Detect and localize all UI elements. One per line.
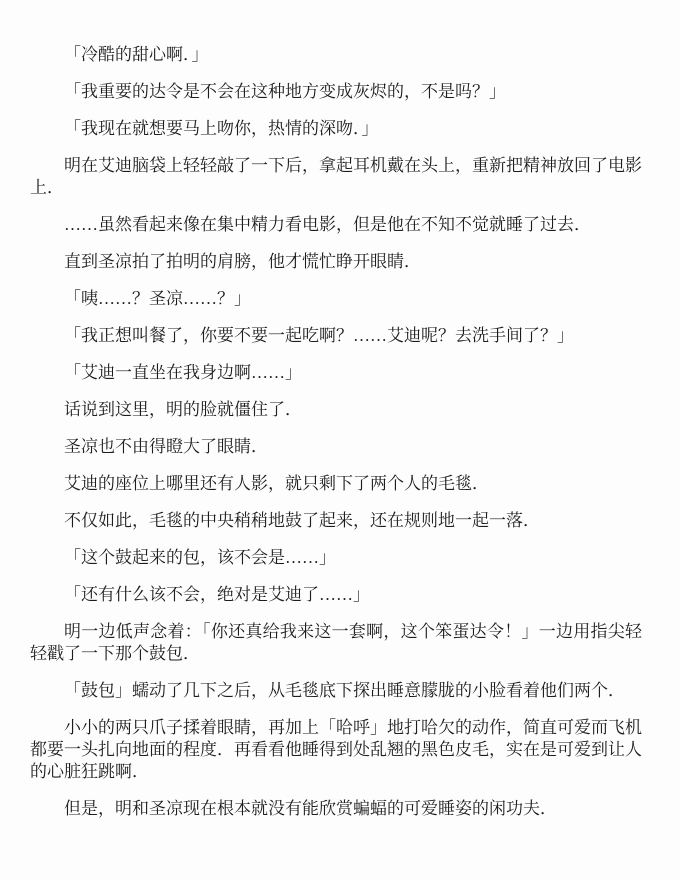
paragraph: 不仅如此，毛毯的中央稍稍地鼓了起来，还在规则地一起一落． (30, 510, 642, 532)
paragraph: 圣凉也不由得瞪大了眼睛． (30, 436, 642, 458)
paragraph: 话说到这里，明的脸就僵住了． (30, 399, 642, 421)
paragraph: 明一边低声念着：「你还真给我来这一套啊，这个笨蛋达令！」一边用指尖轻轻戳了一下那… (30, 621, 642, 665)
paragraph: 明在艾迪脑袋上轻轻敲了一下后，拿起耳机戴在头上，重新把精神放回了电影上． (30, 155, 642, 199)
paragraph: 「艾迪一直坐在我身边啊……」 (30, 362, 642, 384)
paragraph: 艾迪的座位上哪里还有人影，就只剩下了两个人的毛毯． (30, 473, 642, 495)
paragraph: 「我重要的达令是不会在这种地方变成灰烬的，不是吗？」 (30, 81, 642, 103)
paragraph: 「我正想叫餐了，你要不要一起吃啊？……艾迪呢？去洗手间了？」 (30, 325, 642, 347)
paragraph: 小小的两只爪子揉着眼睛，再加上「哈呼」地打哈欠的动作，简直可爱而飞机都要一头扎向… (30, 717, 642, 783)
paragraph: 但是，明和圣凉现在根本就没有能欣赏蝙蝠的可爱睡姿的闲功夫． (30, 798, 642, 820)
paragraph: 「这个鼓起来的包，该不会是……」 (30, 547, 642, 569)
paragraph: 「鼓包」蠕动了几下之后，从毛毯底下探出睡意朦胧的小脸看着他们两个． (30, 680, 642, 702)
paragraph: ……虽然看起来像在集中精力看电影，但是他在不知不觉就睡了过去． (30, 214, 642, 236)
paragraph: 「我现在就想要马上吻你，热情的深吻．」 (30, 118, 642, 140)
paragraph: 「冷酷的甜心啊．」 (30, 44, 642, 66)
document-page: 「冷酷的甜心啊．」 「我重要的达令是不会在这种地方变成灰烬的，不是吗？」 「我现… (30, 0, 642, 820)
paragraph: 直到圣凉拍了拍明的肩膀，他才慌忙睁开眼睛． (30, 251, 642, 273)
paragraph: 「还有什么该不会，绝对是艾迪了……」 (30, 584, 642, 606)
paragraph: 「咦……？圣凉……？」 (30, 288, 642, 310)
